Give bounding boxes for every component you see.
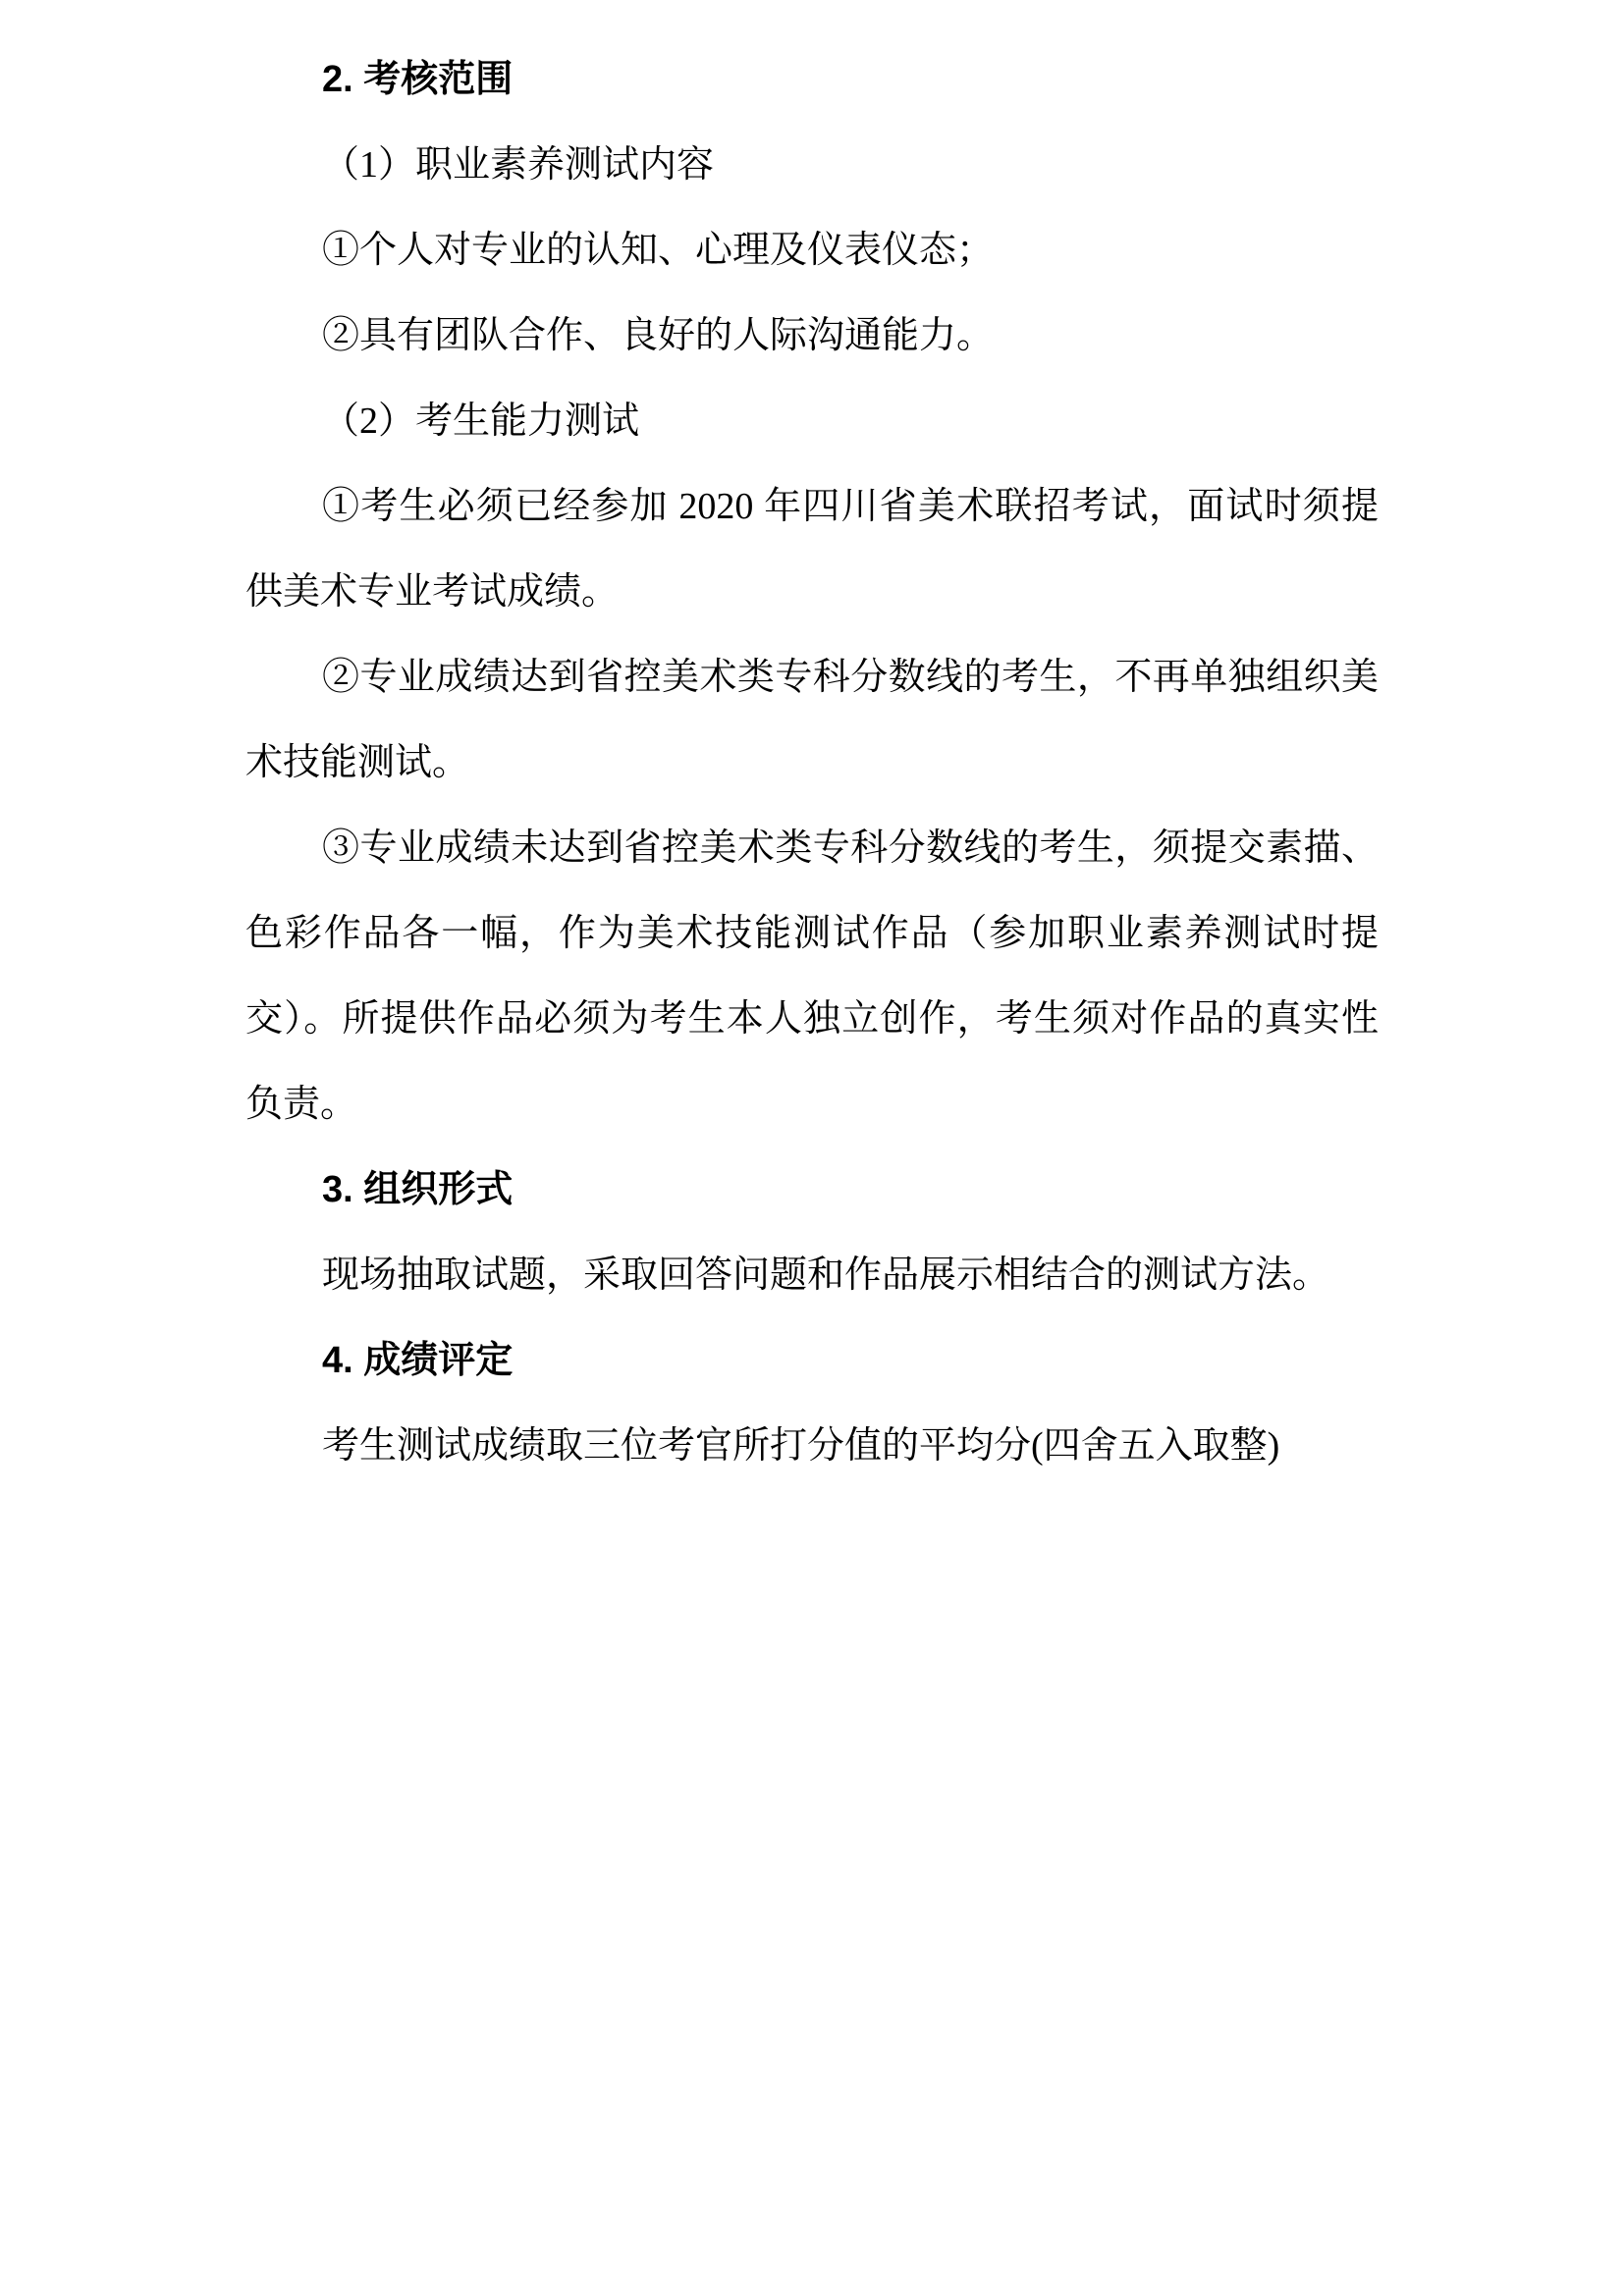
item-exam-participation-line2: 供美术专业考试成绩。 [245,550,1379,635]
item-score-not-reached-line2: 色彩作品各一幅，作为美术技能测试作品（参加职业素养测试时提 [245,891,1379,977]
heading-score-evaluation: 4. 成绩评定 [245,1318,1379,1404]
document-content: 2. 考核范围 （1）职业素养测试内容 ①个人对专业的认知、心理及仪表仪态； ②… [245,37,1379,1489]
item-exam-participation-line1: ①考生必须已经参加 2020 年四川省美术联招考试，面试时须提 [245,464,1379,550]
subheading-candidate-ability-test: （2）考生能力测试 [245,379,1379,464]
heading-organization-form: 3. 组织形式 [245,1148,1379,1233]
item-score-reached-line1: ②专业成绩达到省控美术类专科分数线的考生，不再单独组织美 [245,635,1379,721]
item-score-not-reached-line1: ③专业成绩未达到省控美术类专科分数线的考生，须提交素描、 [245,806,1379,891]
item-score-not-reached-line3: 交）。所提供作品必须为考生本人独立创作，考生须对作品的真实性 [245,977,1379,1062]
item-score-not-reached-line4: 负责。 [245,1062,1379,1148]
item-teamwork-communication: ②具有团队合作、良好的人际沟通能力。 [245,294,1379,379]
subheading-professional-quality-test: （1）职业素养测试内容 [245,123,1379,208]
heading-exam-scope: 2. 考核范围 [245,37,1379,123]
document-page: 2. 考核范围 （1）职业素养测试内容 ①个人对专业的认知、心理及仪表仪态； ②… [0,0,1624,2296]
paragraph-organization-method: 现场抽取试题，采取回答问题和作品展示相结合的测试方法。 [245,1233,1379,1318]
item-personal-cognition: ①个人对专业的认知、心理及仪表仪态； [245,208,1379,294]
item-score-reached-line2: 术技能测试。 [245,721,1379,806]
paragraph-score-calculation: 考生测试成绩取三位考官所打分值的平均分(四舍五入取整) [245,1404,1379,1489]
